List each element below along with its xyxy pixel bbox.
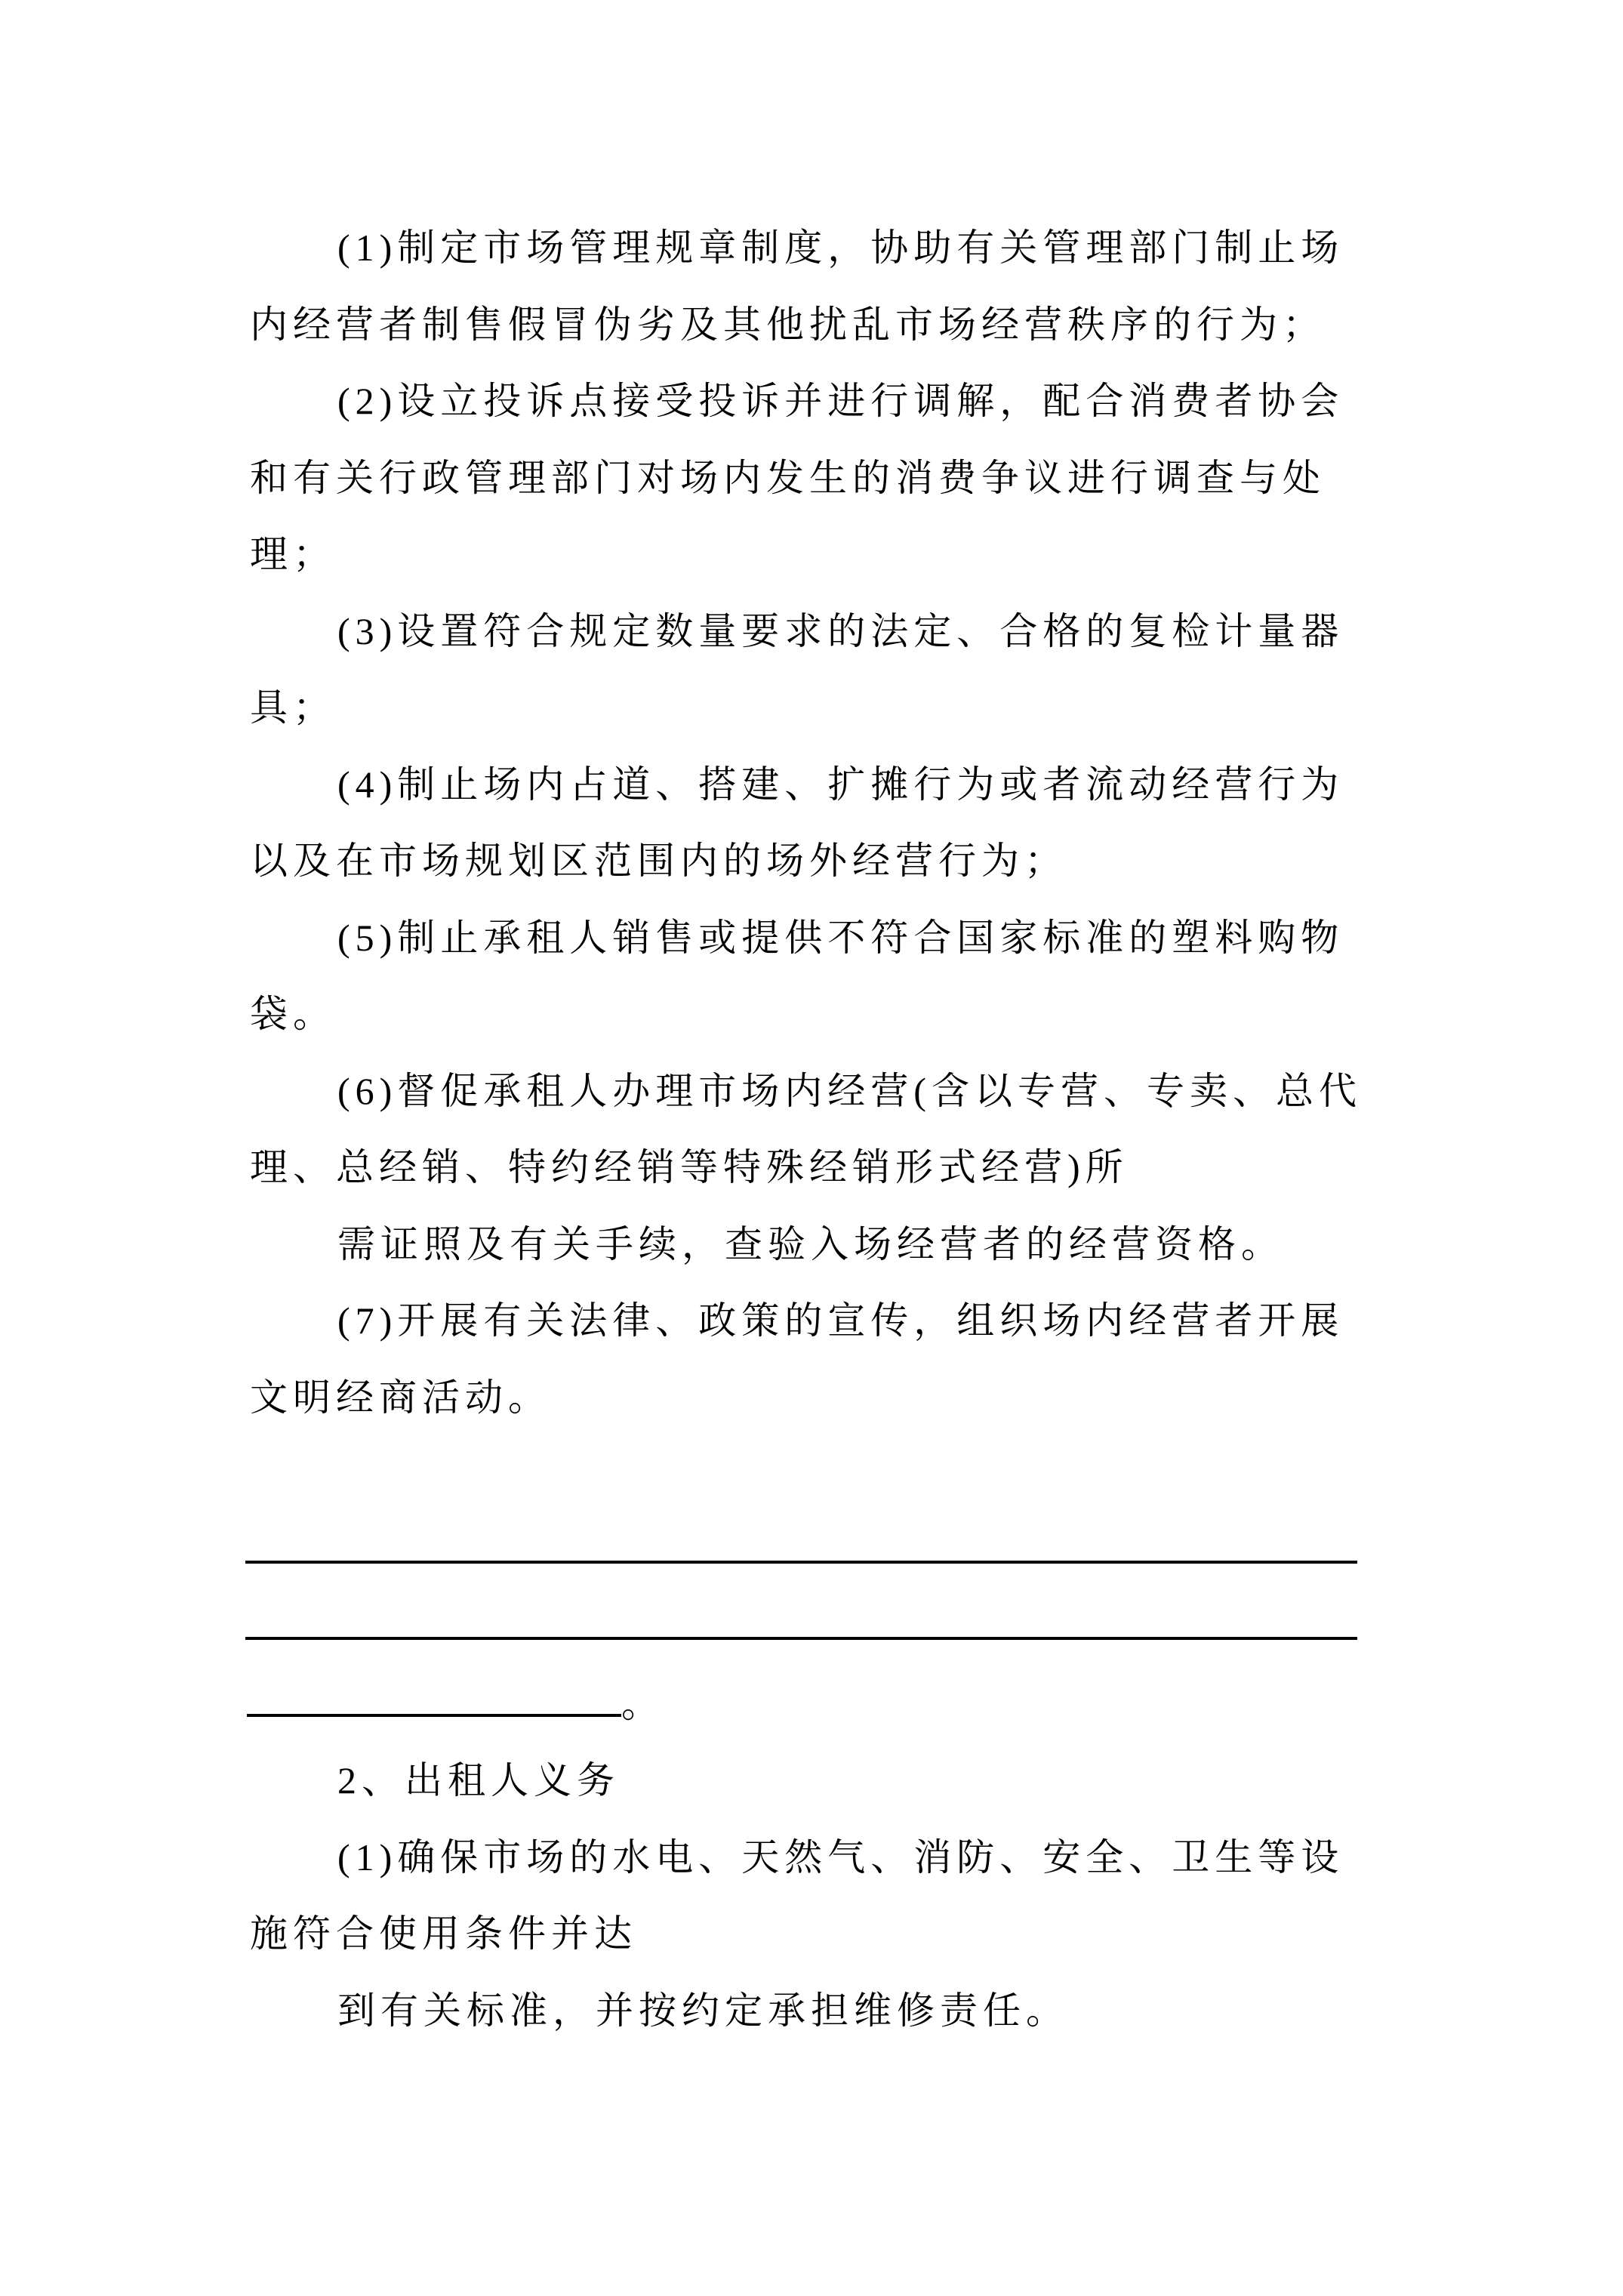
underline-rule [245, 1604, 1357, 1640]
paragraph-line: 理； [250, 531, 1427, 608]
paragraph-line: (1)制定市场管理规章制度，协助有关管理部门制止场 [250, 224, 1427, 301]
paragraph-line: 需证照及有关手续，查验入场经营者的经营资格。 [250, 1221, 1427, 1298]
section-heading: 2、出租人义务 [250, 1757, 1427, 1834]
paragraph-line: (7)开展有关法律、政策的宣传，组织场内经营者开展 [250, 1297, 1427, 1374]
underline-rule [245, 1528, 1357, 1564]
fill-in-blank-line: 。 [250, 1681, 1427, 1758]
document-body: (1)制定市场管理规章制度，协助有关管理部门制止场 内经营者制售假冒伪劣及其他扰… [250, 224, 1427, 2063]
underline-rule [247, 1681, 621, 1717]
paragraph-line: (3)设置符合规定数量要求的法定、合格的复检计量器 [250, 608, 1427, 685]
blank-line [250, 1450, 1427, 1527]
period-mark: 。 [621, 1683, 659, 1725]
paragraph-line: 到有关标准，并按约定承担维修责任。 [250, 1987, 1427, 2064]
fill-in-blank-line [250, 1527, 1427, 1604]
paragraph-line: (5)制止承租人销售或提供不符合国家标准的塑料购物 [250, 914, 1427, 991]
paragraph-line: 袋。 [250, 991, 1427, 1068]
paragraph-line: 理、总经销、特约经销等特殊经销形式经营)所 [250, 1144, 1427, 1221]
paragraph-line: (2)设立投诉点接受投诉并进行调解，配合消费者协会 [250, 378, 1427, 455]
paragraph-line: 内经营者制售假冒伪劣及其他扰乱市场经营秩序的行为； [250, 301, 1427, 378]
paragraph-line: 和有关行政管理部门对场内发生的消费争议进行调查与处 [250, 455, 1427, 532]
paragraph-line: (4)制止场内占道、搭建、扩摊行为或者流动经营行为 [250, 761, 1427, 838]
paragraph-line: 施符合使用条件并达 [250, 1910, 1427, 1987]
paragraph-line: 文明经商活动。 [250, 1374, 1427, 1451]
fill-in-blank-line [250, 1604, 1427, 1681]
paragraph-line: (6)督促承租人办理市场内经营(含以专营、专卖、总代 [250, 1068, 1427, 1145]
document-page: (1)制定市场管理规章制度，协助有关管理部门制止场 内经营者制售假冒伪劣及其他扰… [0, 0, 1623, 2296]
paragraph-line: 以及在市场规划区范围内的场外经营行为； [250, 837, 1427, 914]
paragraph-line: (1)确保市场的水电、天然气、消防、安全、卫生等设 [250, 1834, 1427, 1911]
paragraph-line: 具； [250, 684, 1427, 761]
